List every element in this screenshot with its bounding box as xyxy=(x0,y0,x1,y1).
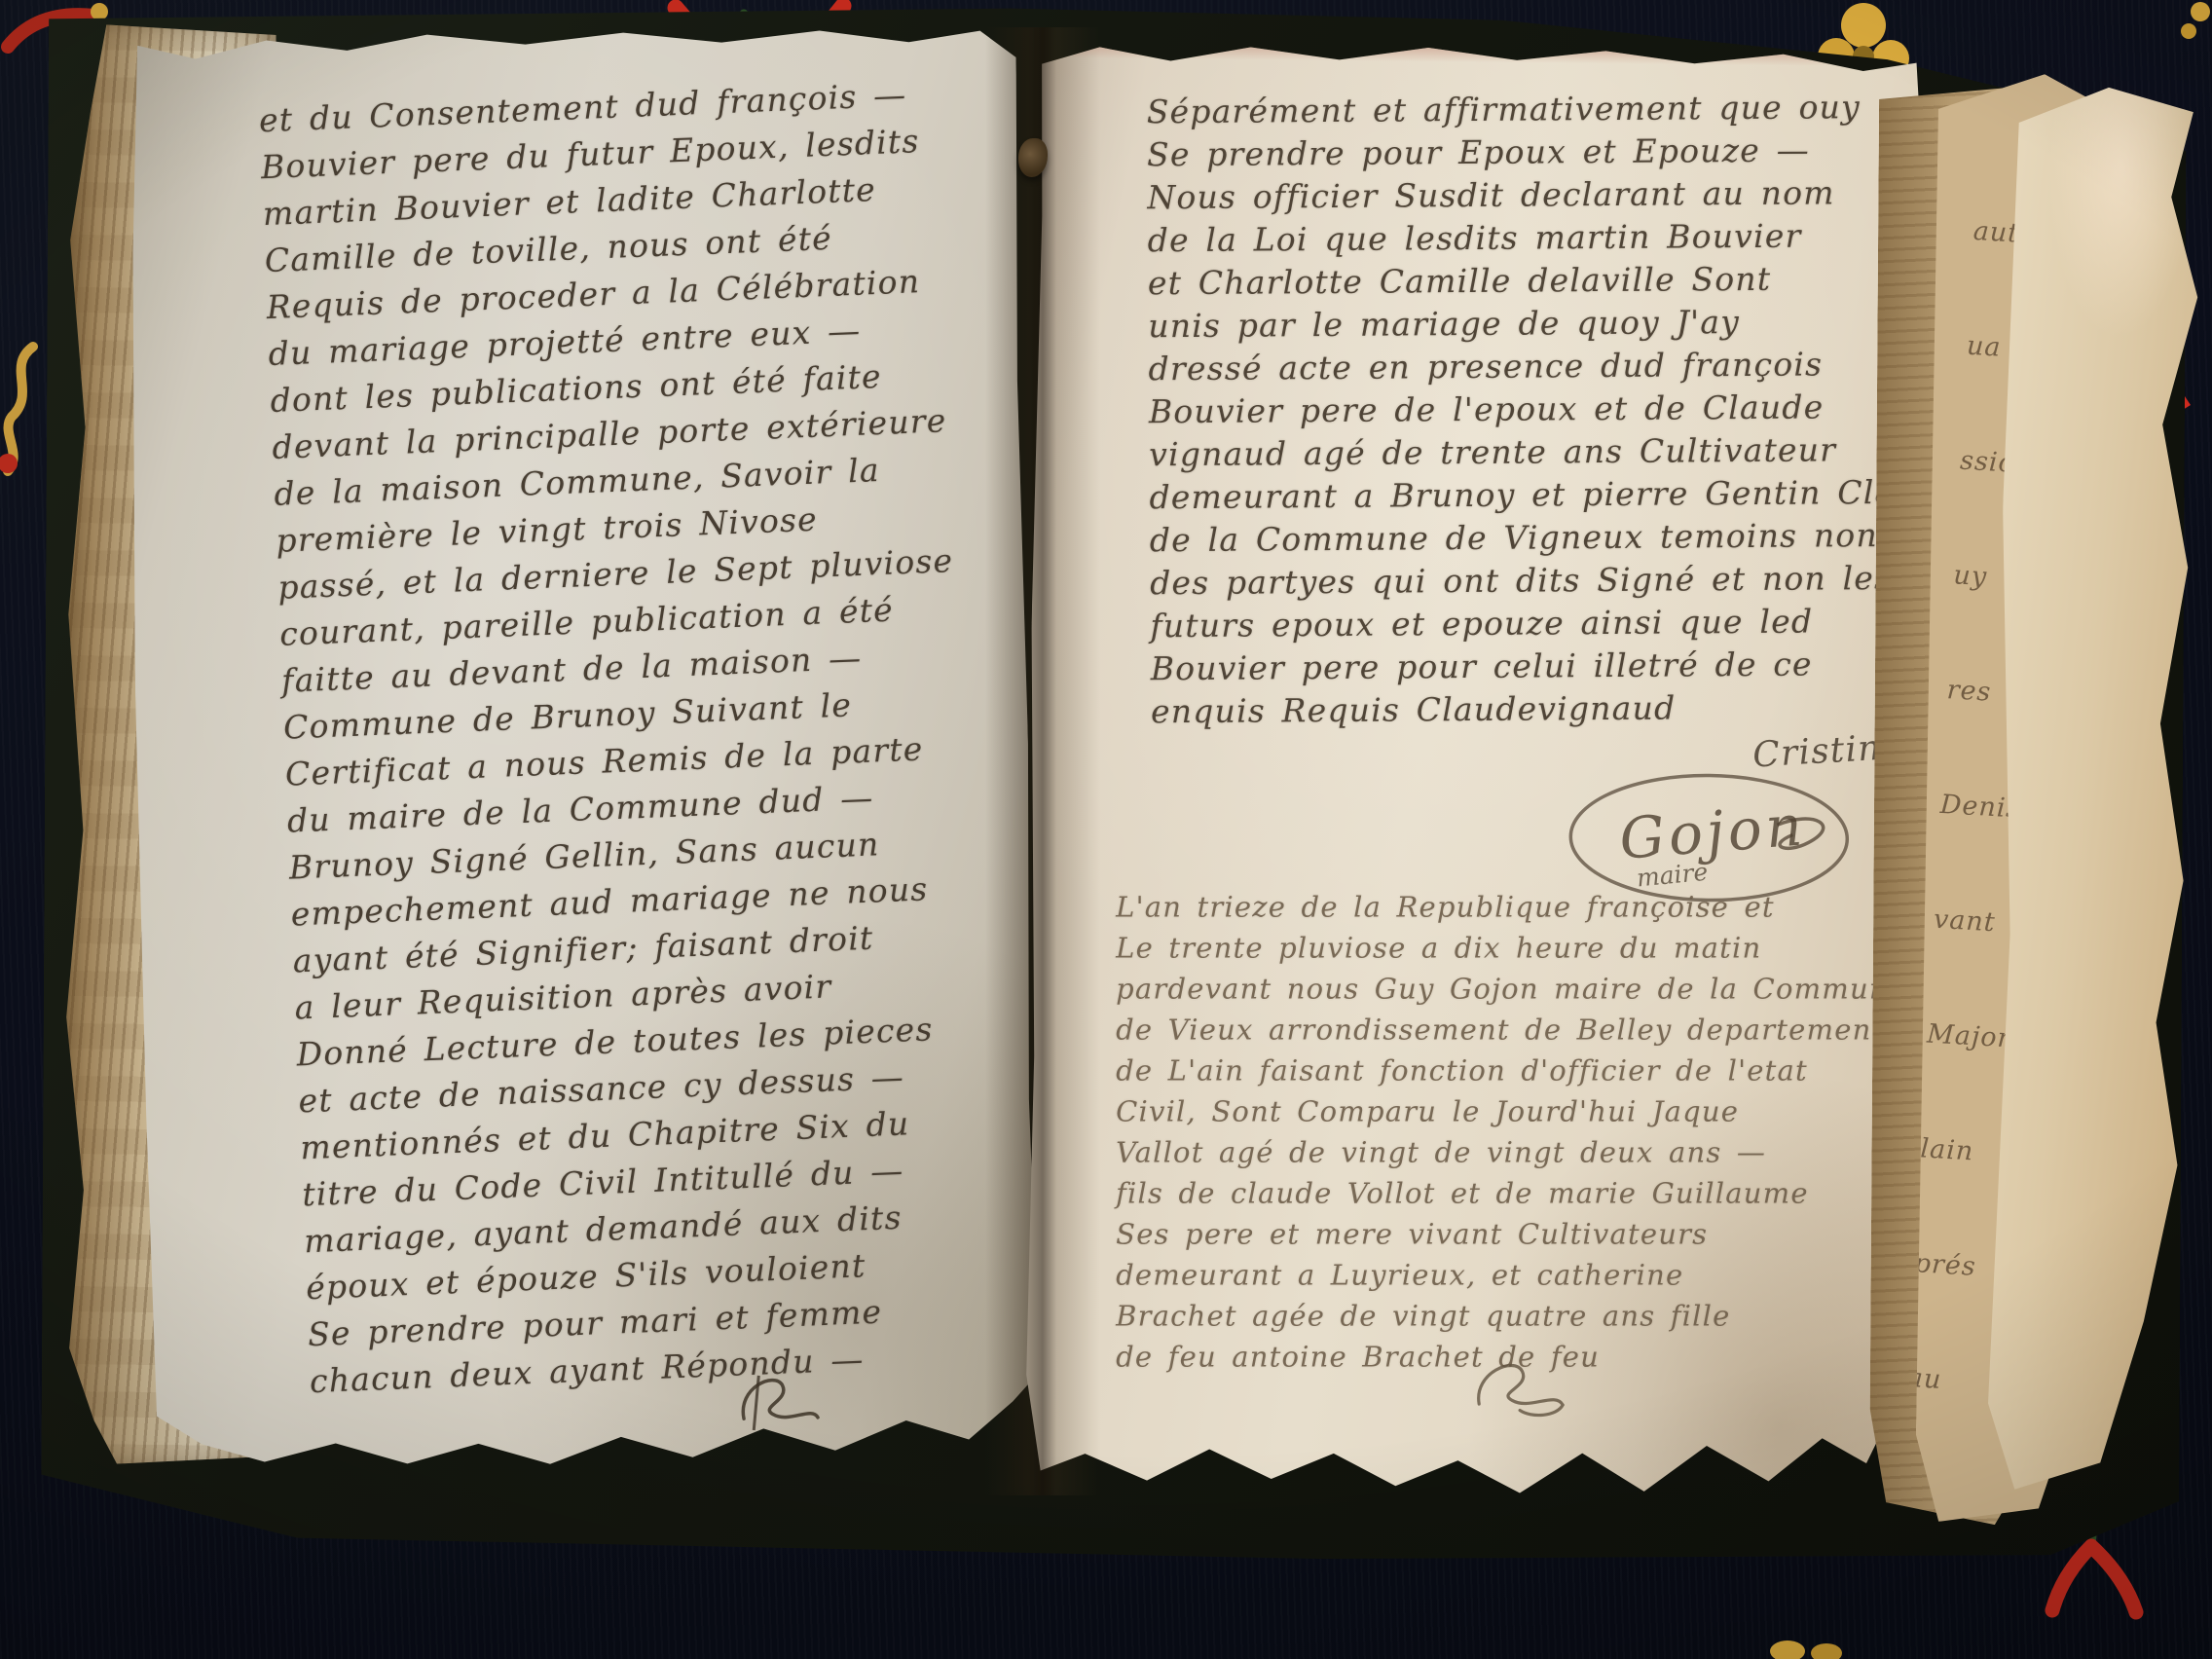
text-line: dressé acte en presence dud françois xyxy=(1148,343,1907,390)
text-line: demeurant a Luyrieux, et catherine xyxy=(1116,1254,1895,1295)
text-line: vignaud agé de trente ans Cultivateur xyxy=(1149,428,1908,476)
text-line: Séparément et affirmativement que ouy xyxy=(1147,86,1906,133)
right-page-paragraph-2: L'an trieze de la Republique françoise e… xyxy=(1116,886,1895,1377)
text-line: de Vieux arrondissement de Belley depart… xyxy=(1116,1009,1895,1050)
embroidered-flower-fragment-bottom-icon xyxy=(1760,1634,1862,1659)
text-line: fils de claude Vollot et de marie Guilla… xyxy=(1116,1172,1895,1213)
text-line: Se prendre pour Epoux et Epouze — xyxy=(1147,129,1906,176)
text-line: L'an trieze de la Republique françoise e… xyxy=(1116,886,1895,927)
text-line: enquis Requis Claudevignaud xyxy=(1151,685,1910,733)
right-page: Séparément et affirmativement que ouySe … xyxy=(1022,42,1926,1499)
text-line: Vallot agé de vingt de vingt deux ans — xyxy=(1116,1131,1895,1172)
paraph-flourish-right-icon xyxy=(1463,1347,1571,1424)
text-line: des partyes qui ont dits Signé et non le… xyxy=(1150,557,1909,605)
text-line: de L'ain faisant fonction d'officier de … xyxy=(1116,1050,1895,1090)
text-line: de la Loi que lesdits martin Bouvier xyxy=(1148,214,1907,262)
embroidered-gold-ornament-left-icon xyxy=(0,339,45,485)
text-line: unis par le mariage de quoy J'ay xyxy=(1148,300,1907,348)
photo-of-open-manuscript-book: et du Consentement dud françois —Bouvier… xyxy=(0,0,2212,1659)
left-page-text: et du Consentement dud françois —Bouvier… xyxy=(258,69,1030,1406)
embroidered-flower-fragment-top-right-corner-icon xyxy=(2179,0,2212,47)
text-line: Le trente pluviose a dix heure du matin xyxy=(1116,927,1895,968)
text-line: Ses pere et mere vivant Cultivateurs xyxy=(1116,1213,1895,1254)
left-page: et du Consentement dud françois —Bouvier… xyxy=(124,21,1041,1474)
text-line: futurs epoux et epouze ainsi que led xyxy=(1150,600,1909,647)
curled-page-edge xyxy=(1982,80,2212,1507)
text-line: Bouvier pere de l'epoux et de Claude xyxy=(1149,386,1908,433)
text-line: pardevant nous Guy Gojon maire de la Com… xyxy=(1116,968,1895,1009)
right-page-paragraph-1: Séparément et affirmativement que ouySe … xyxy=(1147,86,1911,733)
text-line: Civil, Sont Comparu le Jourd'hui Jaque xyxy=(1116,1090,1895,1131)
text-line: Nous officier Susdit declarant au nom xyxy=(1147,171,1906,219)
text-line: demeurant a Brunoy et pierre Gentin Clai… xyxy=(1149,471,1908,519)
right-fore-edge-page-stack: auteua NyssionuyresDenisvantMajorlainpré… xyxy=(1874,72,2212,1538)
text-line: Brachet agée de vingt quatre ans fille xyxy=(1116,1295,1895,1336)
text-line: et Charlotte Camille delaville Sont xyxy=(1148,257,1907,305)
paraph-flourish-left-icon xyxy=(729,1367,824,1437)
text-line: de la Commune de Vigneux temoins non pri… xyxy=(1150,514,1909,562)
text-line: Bouvier pere pour celui illetré de ce xyxy=(1151,643,1910,690)
